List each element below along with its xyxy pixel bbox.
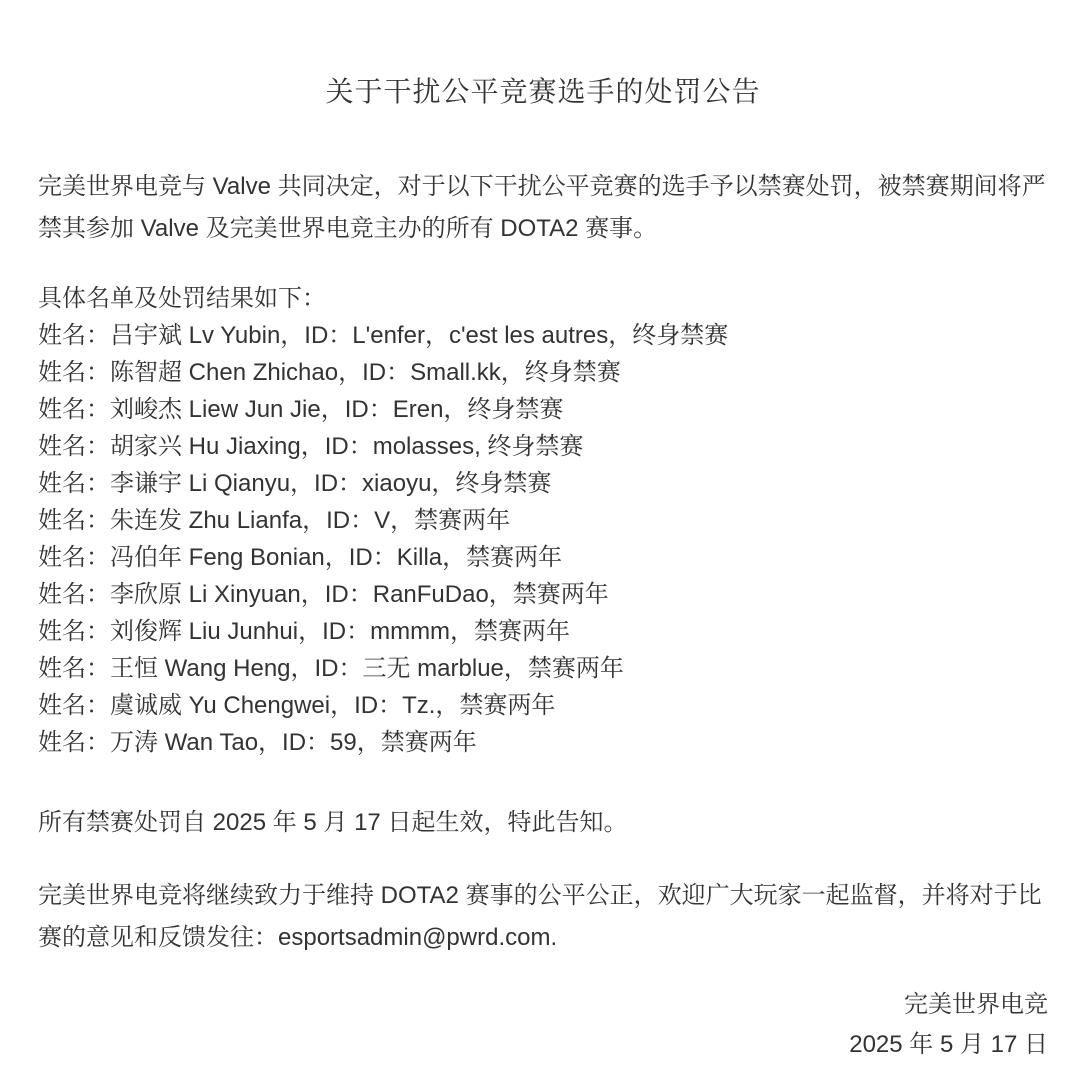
penalty-list-item: 姓名：刘俊辉 Liu Junhui，ID：mmmm，禁赛两年	[38, 613, 1048, 650]
penalty-list-item: 姓名：胡家兴 Hu Jiaxing，ID：molasses, 终身禁赛	[38, 428, 1048, 465]
effective-date-note: 所有禁赛处罚自 2025 年 5 月 17 日起生效，特此告知。	[38, 803, 1048, 843]
penalty-list-item: 姓名：王恒 Wang Heng，ID：三无 marblue，禁赛两年	[38, 650, 1048, 687]
signature-org: 完美世界电竞	[38, 985, 1048, 1025]
penalty-list-item: 姓名：冯伯年 Feng Bonian，ID：Killa，禁赛两年	[38, 539, 1048, 576]
penalty-list-item: 姓名：李欣原 Li Xinyuan，ID：RanFuDao，禁赛两年	[38, 576, 1048, 613]
penalty-list-item: 姓名：陈智超 Chen Zhichao，ID：Small.kk，终身禁赛	[38, 354, 1048, 391]
penalty-list-item: 姓名：虞诚威 Yu Chengwei，ID：Tz.，禁赛两年	[38, 687, 1048, 724]
penalty-list-item: 姓名：刘峻杰 Liew Jun Jie，ID：Eren，终身禁赛	[38, 391, 1048, 428]
penalty-list-header: 具体名单及处罚结果如下：	[38, 280, 1048, 317]
signature-date: 2025 年 5 月 17 日	[38, 1025, 1048, 1065]
announcement-content: 关于干扰公平竞赛选手的处罚公告 完美世界电竞与 Valve 共同决定，对于以下干…	[0, 74, 1086, 1065]
penalty-list-item: 姓名：万涛 Wan Tao，ID：59，禁赛两年	[38, 724, 1048, 761]
penalty-list-item: 姓名：李谦宇 Li Qianyu，ID：xiaoyu，终身禁赛	[38, 465, 1048, 502]
signature-block: 完美世界电竞 2025 年 5 月 17 日	[38, 985, 1048, 1065]
closing-paragraph: 完美世界电竞将继续致力于维持 DOTA2 赛事的公平公正，欢迎广大玩家一起监督，…	[38, 875, 1048, 959]
announcement-page: 关于干扰公平竞赛选手的处罚公告 完美世界电竞与 Valve 共同决定，对于以下干…	[0, 0, 1086, 1080]
penalty-list-item: 姓名：朱连发 Zhu Lianfa，ID：V，禁赛两年	[38, 502, 1048, 539]
penalty-list: 具体名单及处罚结果如下： 姓名：吕宇斌 Lv Yubin，ID：L'enfer，…	[38, 280, 1048, 761]
penalty-list-item: 姓名：吕宇斌 Lv Yubin，ID：L'enfer，c'est les aut…	[38, 317, 1048, 354]
intro-paragraph: 完美世界电竞与 Valve 共同决定，对于以下干扰公平竞赛的选手予以禁赛处罚，被…	[38, 166, 1048, 250]
page-title: 关于干扰公平竞赛选手的处罚公告	[38, 74, 1048, 110]
